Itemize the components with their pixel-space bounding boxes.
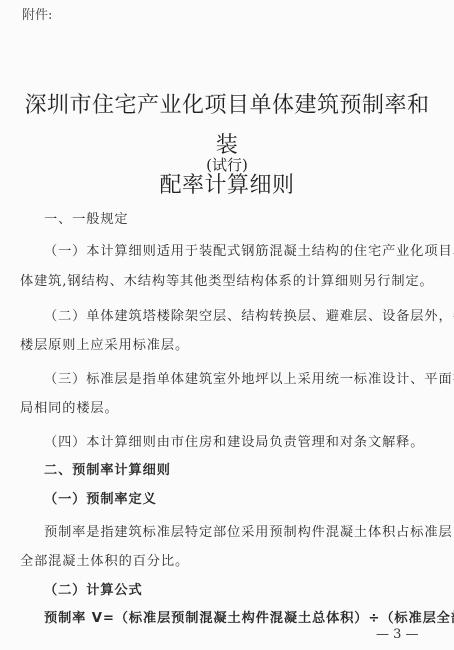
section-heading-prefab: 二、预制率计算细则: [44, 459, 171, 478]
paragraph-line: 楼层原则上应采用标准层。: [20, 334, 189, 353]
paragraph-line: 预制率是指建筑标准层特定部位采用预制构件混凝土体积占标准层: [44, 521, 453, 540]
subsection-heading-formula: （二）计算公式: [44, 579, 143, 598]
subsection-heading-definition: （一）预制率定义: [44, 488, 157, 507]
document-title: 深圳市住宅产业化项目单体建筑预制率和装 配率计算细则: [20, 86, 434, 206]
paragraph-line: （三）标准层是指单体建筑室外地坪以上采用统一标准设计、平面布: [44, 368, 454, 387]
document-page: 附件: 深圳市住宅产业化项目单体建筑预制率和装 配率计算细则 (试行) 一、一般…: [0, 0, 454, 650]
formula-line: 预制率 V=（标准层预制混凝土构件混凝土总体积）÷（标准层全部: [44, 607, 454, 626]
paragraph-line: （四）本计算细则由市住房和建设局负责管理和对条文解释。: [44, 431, 424, 450]
paragraph-line: （二）单体建筑塔楼除架空层、结构转换层、避难层、设备层外，各: [44, 305, 454, 324]
document-subtitle: (试行): [0, 154, 454, 175]
paragraph-line: 体建筑,钢结构、木结构等其他类型结构体系的计算细则另行制定。: [20, 270, 434, 289]
paragraph-line: 全部混凝土体积的百分比。: [20, 550, 189, 569]
paragraph-line: （一）本计算细则适用于装配式钢筋混凝土结构的住宅产业化项目单: [44, 240, 454, 259]
page-number: — 3 —: [376, 627, 419, 642]
attachment-label: 附件:: [22, 4, 52, 23]
section-heading-general: 一、一般规定: [44, 208, 129, 227]
paragraph-line: 局相同的楼层。: [20, 397, 119, 416]
